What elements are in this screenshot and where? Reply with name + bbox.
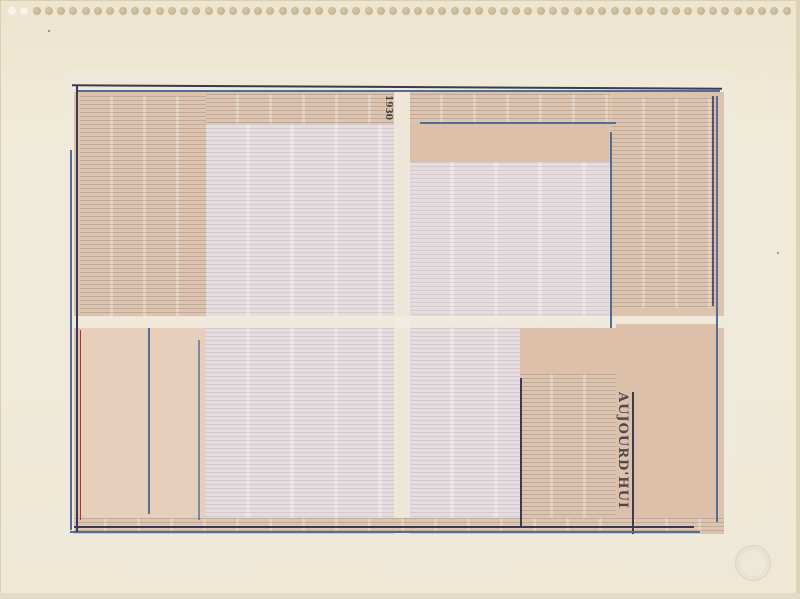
spiral-hole — [721, 7, 729, 15]
spiral-hole — [254, 7, 262, 15]
spiral-hole — [69, 7, 77, 15]
sheet-bottom-edge — [0, 593, 800, 599]
spiral-hole — [500, 7, 508, 15]
spiral-hole — [192, 7, 200, 15]
spiral-hole — [156, 7, 164, 15]
spiral-hole — [709, 7, 717, 15]
white-paper-strip-vertical — [394, 92, 410, 534]
frame-line-left-dark — [76, 86, 78, 532]
spiral-hole — [45, 7, 53, 15]
spiral-hole — [770, 7, 778, 15]
spiral-hole — [524, 7, 532, 15]
spiral-hole — [438, 7, 446, 15]
spiral-hole — [549, 7, 557, 15]
pencil-line-vertical-left — [148, 328, 150, 514]
frame-line-bottom-dark — [74, 526, 694, 528]
spiral-hole — [328, 7, 336, 15]
spiral-hole — [684, 7, 692, 15]
spiral-hole — [746, 7, 754, 15]
spiral-hole — [180, 7, 188, 15]
spiral-hole — [168, 7, 176, 15]
spiral-hole — [20, 7, 28, 15]
spiral-hole — [57, 7, 65, 15]
spiral-hole — [279, 7, 287, 15]
newspaper-headline: AUJOURD'HUI — [615, 392, 630, 509]
newsprint-strip-top-right — [410, 94, 610, 122]
spiral-hole — [463, 7, 471, 15]
spiral-hole — [512, 7, 520, 15]
spiral-hole — [205, 7, 213, 15]
spiral-hole — [217, 7, 225, 15]
spiral-hole — [537, 7, 545, 15]
frame-line-left-blue — [70, 150, 72, 530]
spiral-binding-holes — [8, 7, 798, 15]
plain-paper-lower-left — [80, 328, 206, 524]
spiral-hole — [352, 7, 360, 15]
plain-paper-lower-right-top — [520, 328, 616, 374]
spiral-hole — [758, 7, 766, 15]
newsprint-strip-top — [206, 94, 394, 124]
spiral-hole — [291, 7, 299, 15]
spiral-hole — [389, 7, 397, 15]
spiral-hole — [340, 7, 348, 15]
tissue-panel-lower-center — [410, 328, 520, 524]
newspaper-date-fragment: 1930 — [383, 95, 393, 120]
paper-speck — [48, 30, 50, 32]
frame-line-bottom-blue — [70, 531, 700, 533]
spiral-hole — [119, 7, 127, 15]
tissue-panel-center-right — [410, 162, 610, 322]
spiral-hole — [33, 7, 41, 15]
spiral-hole — [697, 7, 705, 15]
spiral-hole — [143, 7, 151, 15]
spiral-hole — [377, 7, 385, 15]
spiral-hole — [611, 7, 619, 15]
spiral-hole — [647, 7, 655, 15]
spiral-hole — [475, 7, 483, 15]
spiral-hole — [586, 7, 594, 15]
spiral-hole — [561, 7, 569, 15]
spiral-hole — [303, 7, 311, 15]
spiral-hole — [635, 7, 643, 15]
spiral-hole — [598, 7, 606, 15]
spiral-hole — [8, 7, 16, 15]
spiral-hole — [82, 7, 90, 15]
spiral-hole — [131, 7, 139, 15]
spiral-hole — [660, 7, 668, 15]
spiral-hole — [426, 7, 434, 15]
pencil-line-vertical-right — [520, 378, 522, 528]
pencil-line-horizontal-top — [420, 122, 616, 124]
pencil-line-headline-rule — [632, 392, 634, 534]
tissue-panel-lower-middle — [206, 328, 394, 524]
newsprint-strip-bottom — [74, 518, 724, 532]
embossed-stamp — [735, 545, 771, 581]
frame-line-left-red — [80, 330, 81, 520]
spiral-hole — [574, 7, 582, 15]
newsprint-clipping-top-left — [80, 96, 206, 318]
spiral-hole — [414, 7, 422, 15]
frame-line-top-blue — [76, 90, 720, 92]
spiral-hole — [365, 7, 373, 15]
tissue-panel-top-middle — [206, 124, 394, 320]
spiral-hole — [315, 7, 323, 15]
spiral-hole — [783, 7, 791, 15]
spiral-hole — [229, 7, 237, 15]
spiral-hole — [94, 7, 102, 15]
pencil-line-vertical-left-2 — [198, 340, 200, 520]
spiral-hole — [402, 7, 410, 15]
spiral-hole — [672, 7, 680, 15]
spiral-hole — [734, 7, 742, 15]
spiral-hole — [242, 7, 250, 15]
newsprint-clipping-lower-right — [520, 374, 616, 524]
spiral-hole — [488, 7, 496, 15]
frame-line-right-dark — [712, 96, 714, 306]
paper-speck — [777, 252, 779, 254]
spiral-hole — [106, 7, 114, 15]
newsprint-clipping-right — [612, 98, 716, 308]
pencil-line-vertical-center-right — [610, 132, 612, 328]
spiral-hole — [266, 7, 274, 15]
sketchbook-sheet: 1930 AUJOURD'HUI — [0, 0, 800, 599]
frame-line-right-blue — [716, 96, 718, 522]
spiral-hole — [623, 7, 631, 15]
spiral-hole — [451, 7, 459, 15]
sheet-right-edge — [796, 0, 800, 599]
